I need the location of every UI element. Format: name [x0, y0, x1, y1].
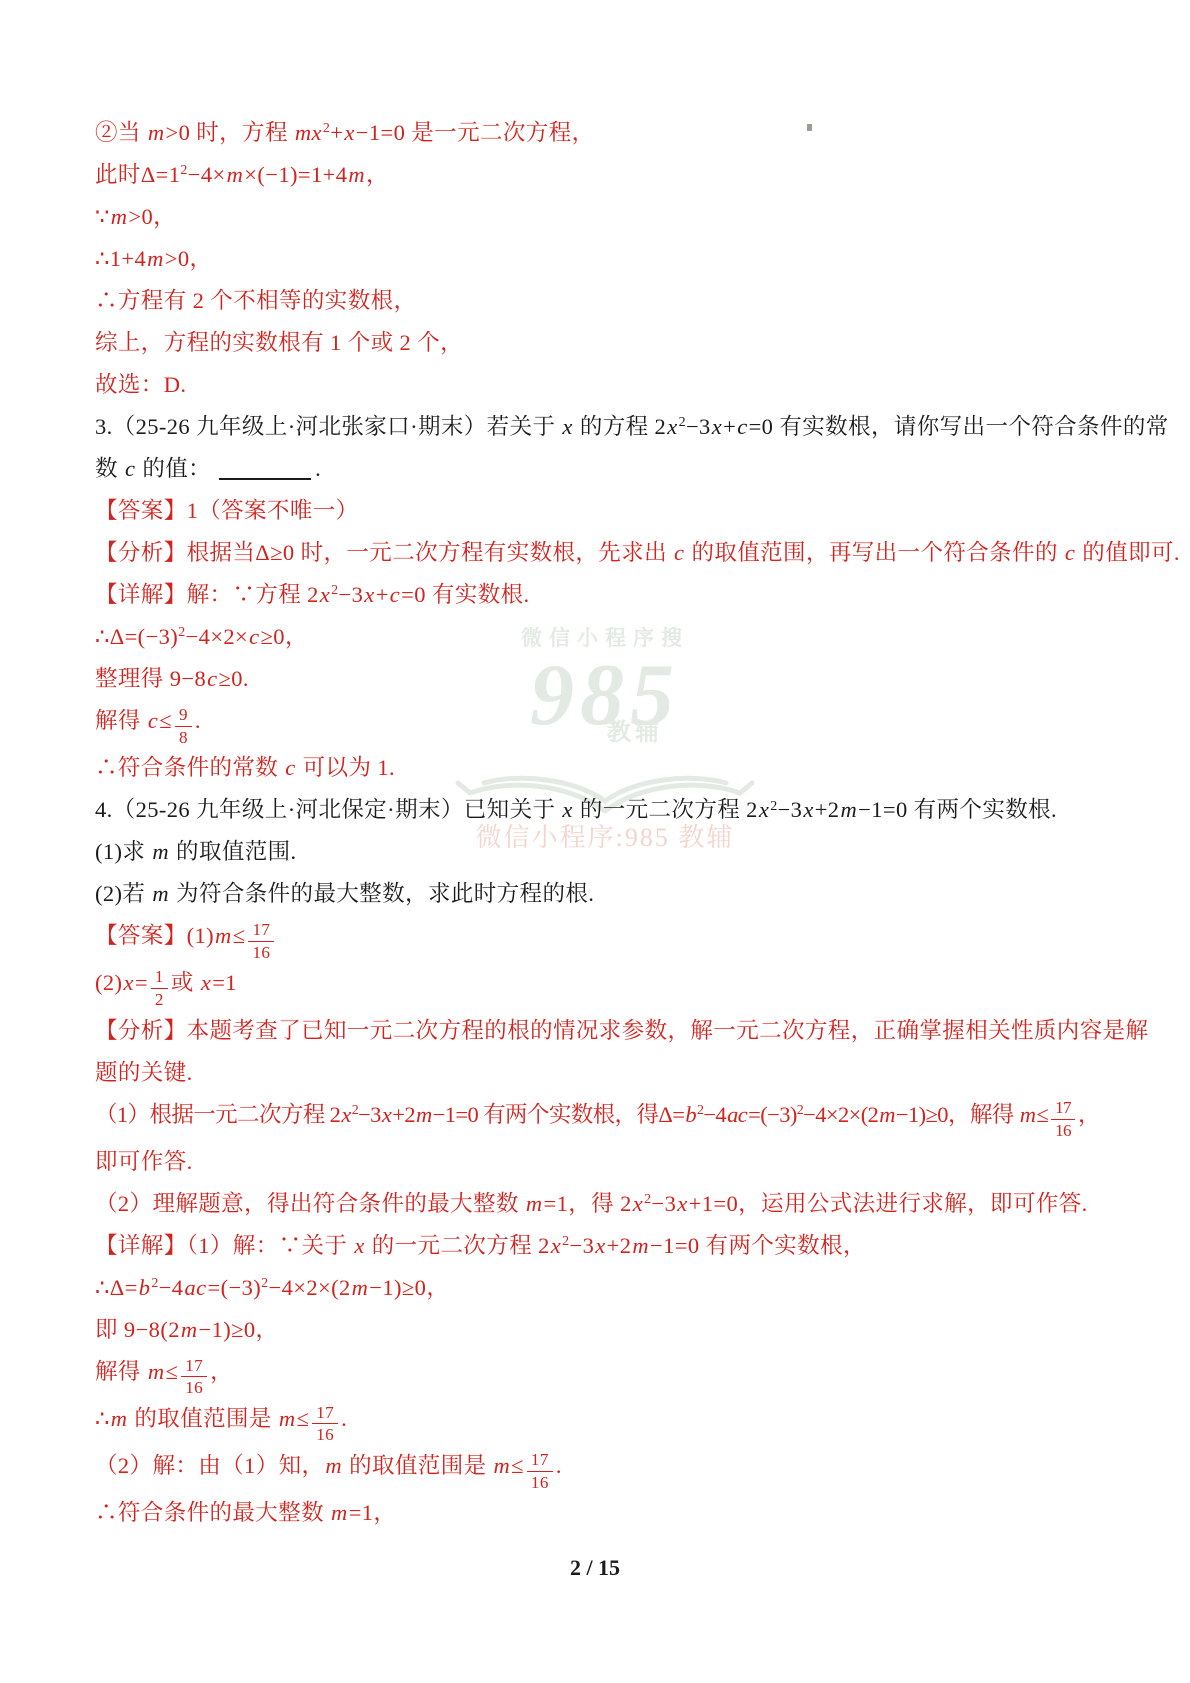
math-variable: m [110, 1406, 129, 1431]
math-variable: m [180, 1317, 199, 1342]
document-content: ②当 m>0 时，方程 mx2+x−1=0 是一元二次方程，此时Δ=12−4×m… [95, 112, 1107, 1534]
text-line: 解得 c≤98. [95, 700, 1107, 747]
math-variable: m [214, 923, 233, 948]
fraction-denominator: 8 [175, 727, 192, 748]
text-line: ∴符合条件的常数 c 可以为 1. [95, 747, 1107, 789]
math-variable: m [415, 1102, 433, 1127]
superscript: 2 [180, 164, 187, 178]
page-number: 2 / 15 [0, 1555, 1190, 1581]
math-variable: x [343, 120, 355, 145]
fraction: 12 [151, 967, 168, 1009]
fraction-denominator: 16 [181, 1377, 207, 1398]
fraction-numerator: 17 [248, 920, 274, 942]
superscript: 2 [797, 1104, 803, 1118]
math-variable: m [147, 120, 166, 145]
superscript: 2 [323, 122, 330, 136]
text-line: ∴m 的取值范围是 m≤1716. [95, 1398, 1107, 1445]
text-line: （1）根据一元二次方程 2x2−3x+2m−1=0 有两个实数根，得Δ=b2−4… [95, 1094, 1107, 1141]
text-line: 【答案】(1)m≤1716 [95, 915, 1107, 962]
math-variable: c [673, 540, 685, 565]
math-variable: b [138, 1275, 152, 1300]
math-variable: x [381, 1102, 392, 1127]
math-variable: m [330, 1500, 349, 1525]
fraction-denominator: 16 [312, 1424, 338, 1445]
math-variable: x [632, 1191, 644, 1216]
fraction-numerator: 1 [151, 967, 168, 989]
text-line: ②当 m>0 时，方程 mx2+x−1=0 是一元二次方程， [95, 112, 1107, 154]
text-line: ∴Δ=(−3)2−4×2×c≥0， [95, 616, 1107, 658]
math-variable: m [347, 162, 366, 187]
math-variable: c [206, 666, 218, 691]
math-variable: c [248, 624, 260, 649]
math-variable: m [324, 1453, 343, 1478]
fraction: 1716 [1051, 1098, 1075, 1140]
math-variable: x [122, 970, 134, 995]
question-line: (2)若 m 为符合条件的最大整数，求此时方程的根. [95, 873, 1107, 915]
math-variable: x [711, 414, 723, 439]
text-line: ∴符合条件的最大整数 m=1， [95, 1492, 1107, 1534]
superscript: 2 [151, 1277, 158, 1291]
text-line: ∵m>0， [95, 196, 1107, 238]
text-line: 【分析】根据当Δ≥0 时，一元二次方程有实数根，先求出 c 的取值范围，再写出一… [95, 532, 1107, 574]
math-variable: x [561, 797, 573, 822]
math-variable: m [110, 204, 129, 229]
math-variable: x [550, 1233, 562, 1258]
superscript: 2 [644, 1193, 651, 1207]
superscript: 2 [679, 416, 686, 430]
fraction-numerator: 17 [181, 1356, 207, 1378]
text-line: ∴Δ=b2−4ac=(−3)2−4×2×(2m−1)≥0， [95, 1267, 1107, 1309]
fraction-denominator: 16 [527, 1472, 553, 1493]
text-line: （2）解：由（1）知，m 的取值范围是 m≤1716. [95, 1445, 1107, 1492]
text-line: 题的关键. [95, 1052, 1107, 1094]
math-variable: m [146, 246, 165, 271]
question-line: 4.（25-26 九年级上·河北保定·期末）已知关于 x 的一元二次方程 2x2… [95, 789, 1107, 831]
superscript: 2 [178, 626, 185, 640]
math-variable: b [684, 1102, 697, 1127]
math-variable: m [631, 1233, 650, 1258]
fraction-numerator: 17 [527, 1450, 553, 1472]
question-line: 3.（25-26 九年级上·河北张家口·期末）若关于 x 的方程 2x2−3x+… [95, 406, 1107, 448]
question-line: 数 c 的值：. [95, 448, 1107, 490]
math-variable: c [736, 414, 748, 439]
text-line: 【详解】解：∵方程 2x2−3x+c=0 有实数根. [95, 574, 1107, 616]
text-line: (2)x=12或 x=1 [95, 962, 1107, 1009]
math-variable: m [226, 162, 245, 187]
math-variable: c [147, 708, 159, 733]
question-line: (1)求 m 的取值范围. [95, 831, 1107, 873]
math-variable: x [353, 1233, 365, 1258]
math-variable: m [493, 1453, 512, 1478]
math-variable: x [319, 582, 331, 607]
math-variable: c [389, 582, 401, 607]
text-line: （2）理解题意，得出符合条件的最大整数 m=1，得 2x2−3x+1=0，运用公… [95, 1183, 1107, 1225]
text-line: ∴1+4m>0， [95, 238, 1107, 280]
math-variable: x [758, 797, 770, 822]
fraction-numerator: 17 [1051, 1098, 1075, 1120]
superscript: 2 [352, 1104, 358, 1118]
fraction-denominator: 16 [1051, 1120, 1075, 1141]
document-page: 微信小程序搜 985 教辅 微信小程序:985 教辅 ②当 m>0 时，方程 m… [0, 0, 1190, 1683]
math-variable: x [666, 414, 678, 439]
text-line: 【答案】1（答案不唯一） [95, 490, 1107, 532]
text-line: 故选：D. [95, 364, 1107, 406]
fraction-denominator: 16 [248, 942, 274, 963]
fraction: 1716 [312, 1403, 338, 1445]
math-variable: m [839, 797, 858, 822]
superscript: 2 [697, 1104, 703, 1118]
text-line: 【分析】本题考查了已知一元二次方程的根的情况求参数，解一元二次方程，正确掌握相关… [95, 1010, 1107, 1052]
text-line: 整理得 9−8c≥0. [95, 658, 1107, 700]
superscript: 2 [562, 1235, 569, 1249]
text-line: 综上，方程的实数根有 1 个或 2 个， [95, 322, 1107, 364]
math-variable: m [351, 1275, 370, 1300]
math-variable: x [363, 582, 375, 607]
math-variable: m [147, 1359, 166, 1384]
math-variable: m [1019, 1102, 1037, 1127]
math-variable: m [525, 1191, 544, 1216]
text-line: ∴方程有 2 个不相等的实数根， [95, 280, 1107, 322]
math-variable: x [594, 1233, 606, 1258]
math-variable: m [278, 1406, 297, 1431]
fraction: 1716 [527, 1450, 553, 1492]
math-variable: c [1064, 540, 1076, 565]
text-line: 即 9−8(2m−1)≥0， [95, 1309, 1107, 1351]
text-line: 解得 m≤1716， [95, 1351, 1107, 1398]
math-variable: ac [183, 1275, 207, 1300]
superscript: 2 [770, 800, 777, 814]
fraction-numerator: 9 [175, 705, 192, 727]
math-variable: c [284, 755, 296, 780]
math-variable: c [124, 456, 136, 481]
math-variable: x [676, 1191, 688, 1216]
fraction-numerator: 17 [312, 1403, 338, 1425]
text-line: 【详解】（1）解：∵关于 x 的一元二次方程 2x2−3x+2m−1=0 有两个… [95, 1225, 1107, 1267]
math-variable: x [200, 970, 212, 995]
text-line: 即可作答. [95, 1141, 1107, 1183]
math-variable: mx [294, 120, 323, 145]
math-variable: m [151, 839, 170, 864]
fraction: 1716 [248, 920, 274, 962]
superscript: 2 [261, 1277, 268, 1291]
math-variable: x [561, 414, 573, 439]
fraction: 98 [175, 705, 192, 747]
answer-blank [219, 478, 311, 480]
artifact-dot [807, 124, 812, 131]
math-variable: x [340, 1102, 351, 1127]
math-variable: ac [726, 1102, 748, 1127]
math-variable: x [802, 797, 814, 822]
math-variable: m [878, 1102, 896, 1127]
fraction-denominator: 2 [151, 989, 168, 1010]
text-line: 此时Δ=12−4×m×(−1)=1+4m， [95, 154, 1107, 196]
superscript: 2 [331, 584, 338, 598]
fraction: 1716 [181, 1356, 207, 1398]
math-variable: m [151, 881, 170, 906]
